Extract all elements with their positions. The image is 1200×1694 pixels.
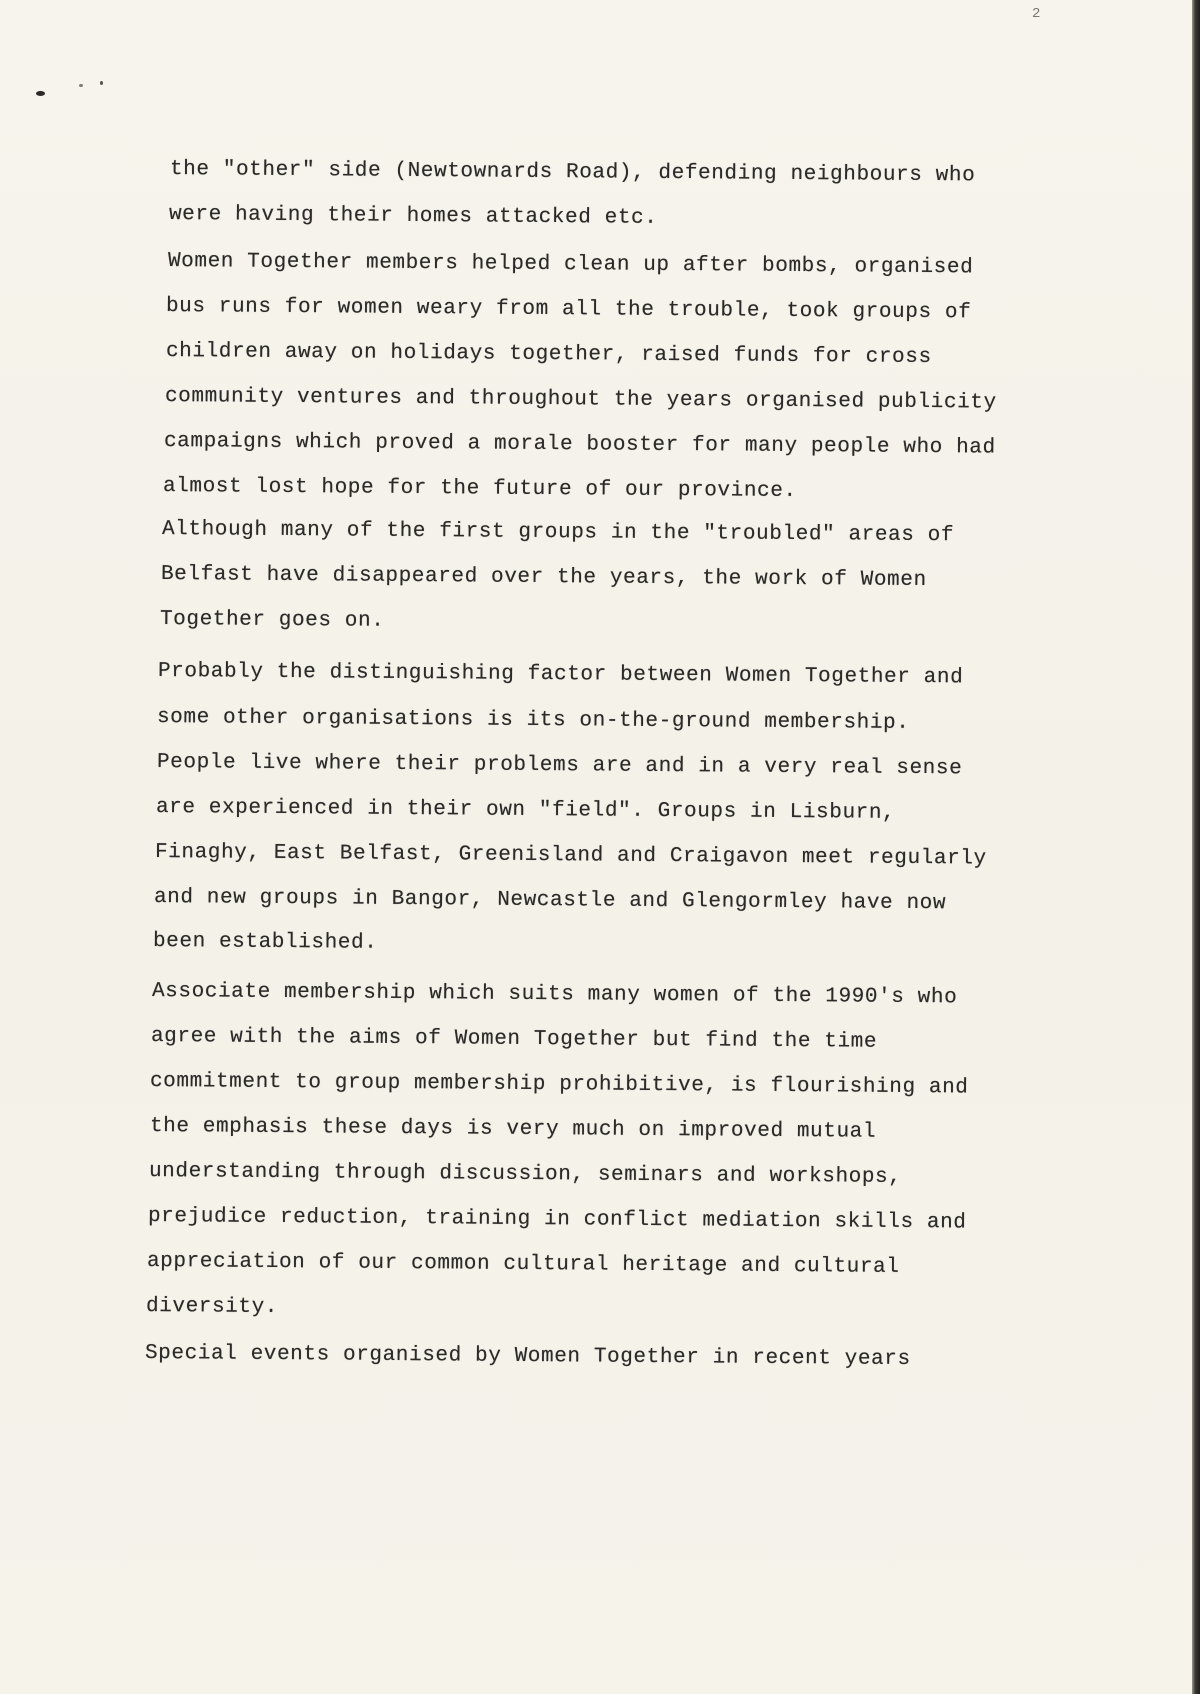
text-line: Special events organised by Women Togeth… bbox=[145, 1342, 911, 1371]
scan-edge-shadow bbox=[1192, 0, 1200, 1694]
text-line: community ventures and throughout the ye… bbox=[165, 385, 997, 415]
text-line: Women Together members helped clean up a… bbox=[168, 250, 973, 279]
text-line: commitment to group membership prohibiti… bbox=[150, 1070, 969, 1099]
text-line: the emphasis these days is very much on … bbox=[150, 1115, 876, 1144]
text-line: Although many of the first groups in the… bbox=[162, 518, 954, 547]
text-line: prejudice reduction, training in conflic… bbox=[148, 1205, 967, 1234]
text-line: People live where their problems are and… bbox=[157, 751, 962, 780]
text-line: appreciation of our common cultural heri… bbox=[147, 1250, 900, 1279]
text-line: some other organisations is its on-the-g… bbox=[157, 706, 910, 735]
text-line: are experienced in their own "field". Gr… bbox=[156, 796, 895, 825]
text-line: and new groups in Bangor, Newcastle and … bbox=[154, 886, 946, 915]
scanned-page: 2 the "other" side (Newtownards Road), d… bbox=[0, 0, 1192, 1694]
text-line: diversity. bbox=[146, 1295, 278, 1319]
text-line: been established. bbox=[153, 930, 378, 955]
text-line: Together goes on. bbox=[160, 608, 385, 633]
text-line: were having their homes attacked etc. bbox=[169, 203, 658, 230]
text-line: Associate membership which suits many wo… bbox=[152, 980, 957, 1009]
text-line: almost lost hope for the future of our p… bbox=[163, 475, 797, 503]
text-line: campaigns which proved a morale booster … bbox=[164, 430, 996, 460]
text-line: bus runs for women weary from all the tr… bbox=[166, 295, 971, 324]
text-line: children away on holidays together, rais… bbox=[166, 340, 932, 369]
text-line: agree with the aims of Women Together bu… bbox=[151, 1025, 877, 1054]
text-line: the "other" side (Newtownards Road), def… bbox=[170, 158, 975, 187]
typewritten-body: the "other" side (Newtownards Road), def… bbox=[0, 0, 1192, 1694]
text-line: Probably the distinguishing factor betwe… bbox=[158, 660, 963, 689]
text-line: understanding through discussion, semina… bbox=[149, 1160, 902, 1189]
text-line: Finaghy, East Belfast, Greenisland and C… bbox=[155, 841, 987, 871]
text-line: Belfast have disappeared over the years,… bbox=[161, 563, 927, 592]
